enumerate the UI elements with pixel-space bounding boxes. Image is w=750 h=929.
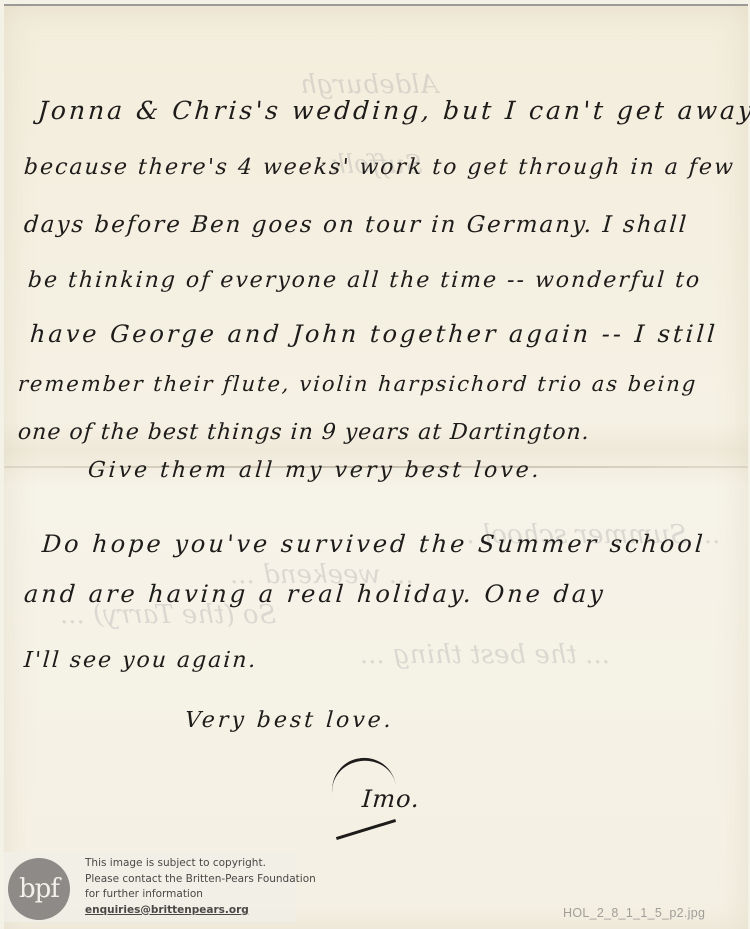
- copyright-line-3: for further information: [85, 887, 316, 903]
- bpf-logo: bpf: [8, 858, 70, 920]
- show-through-text: ... the best thing ...: [360, 640, 610, 670]
- signature: Imo.: [361, 785, 421, 813]
- letter-line: Do hope you've survived the Summer schoo…: [41, 530, 707, 558]
- letter-line: I'll see you again.: [23, 648, 258, 673]
- letter-line: have George and John together again -- I…: [29, 320, 719, 348]
- letter-line: remember their flute, violin harpsichord…: [17, 372, 698, 396]
- copyright-line-1: This image is subject to copyright.: [85, 856, 316, 872]
- letter-line: days before Ben goes on tour in Germany.…: [23, 212, 689, 238]
- letter-line: because there's 4 weeks' work to get thr…: [23, 155, 736, 180]
- letter-line: and are having a real holiday. One day: [23, 580, 607, 608]
- copyright-notice-text: This image is subject to copyright. Plea…: [85, 856, 316, 918]
- letter-closing: Very best love.: [184, 708, 395, 733]
- letter-line: be thinking of everyone all the time -- …: [27, 268, 702, 293]
- letter-line: Give them all my very best love.: [87, 458, 542, 483]
- letter-line: one of the best things in 9 years at Dar…: [17, 420, 591, 445]
- contact-email-link[interactable]: enquiries@brittenpears.org: [85, 904, 249, 916]
- file-label: HOL_2_8_1_1_5_p2.jpg: [563, 906, 705, 920]
- letter-line: Jonna & Chris's wedding, but I can't get…: [37, 96, 750, 125]
- copyright-line-2: Please contact the Britten-Pears Foundat…: [85, 872, 316, 888]
